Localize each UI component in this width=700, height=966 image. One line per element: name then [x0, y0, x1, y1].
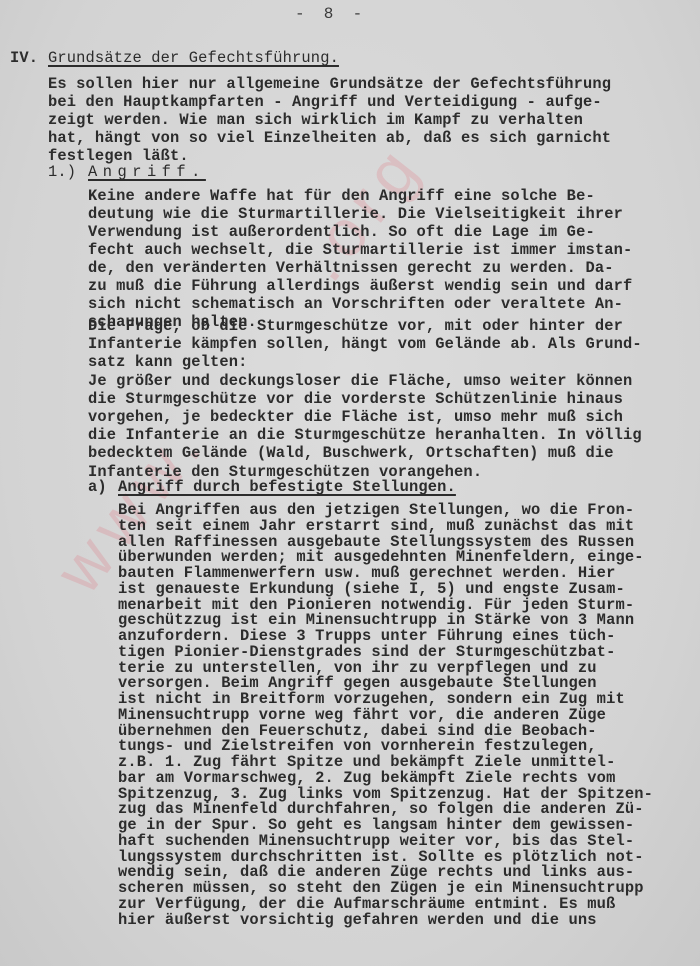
section-number: IV.: [10, 49, 38, 67]
text-line: hat, hängt von so viel Einzelheiten ab, …: [48, 129, 611, 147]
page-number: - 8 -: [295, 5, 362, 23]
text-line: satz kann gelten:: [88, 353, 248, 371]
text-line: die Sturmgeschütze vor die vorderste Sch…: [88, 390, 623, 408]
text-line: bedecktem Gelände (Wald, Buschwerk, Orts…: [88, 444, 614, 462]
text-line: Je größer und deckungsloser die Fläche, …: [88, 372, 632, 390]
document-page: www. .org - 8 - IV. Grundsätze der Gefec…: [0, 0, 700, 966]
text-line: Infanterie kämpfen sollen, hängt vom Gel…: [88, 335, 642, 353]
text-line: sich nicht schematisch an Vorschriften o…: [88, 295, 623, 313]
text-line: fecht auch wechselt, die Sturmartillerie…: [88, 241, 632, 259]
text-line: hier äußerst vorsichtig gefahren werden …: [118, 911, 597, 929]
text-line: vorgehen, je bedeckter die Fläche ist, u…: [88, 408, 623, 426]
text-line: Verwendung ist außerordentlich. So oft d…: [88, 223, 595, 241]
text-line: zeigt werden. Wie man sich wirklich im K…: [48, 111, 583, 129]
subsubsection-number: a): [88, 478, 107, 496]
text-line: Es sollen hier nur allgemeine Grundsätze…: [48, 75, 611, 93]
text-line: die Infanterie an die Sturmgeschütze her…: [88, 426, 642, 444]
text-line: Keine andere Waffe hat für den Angriff e…: [88, 187, 595, 205]
subsection-title: Angriff.: [88, 163, 206, 181]
subsubsection-title: Angriff durch befestigte Stellungen.: [118, 478, 456, 496]
section-title: Grundsätze der Gefechtsführung.: [48, 49, 339, 67]
text-line: bei den Hauptkampfarten - Angriff und Ve…: [48, 93, 602, 111]
text-line: Die Frage, ob die Sturmgeschütze vor, mi…: [88, 317, 623, 335]
subsection-number: 1.): [48, 163, 76, 181]
text-line: deutung wie die Sturmartillerie. Die Vie…: [88, 205, 623, 223]
text-line: de, den veränderten Verhältnissen gerech…: [88, 259, 614, 277]
text-line: zu muß die Führung allerdings äußerst we…: [88, 277, 632, 295]
